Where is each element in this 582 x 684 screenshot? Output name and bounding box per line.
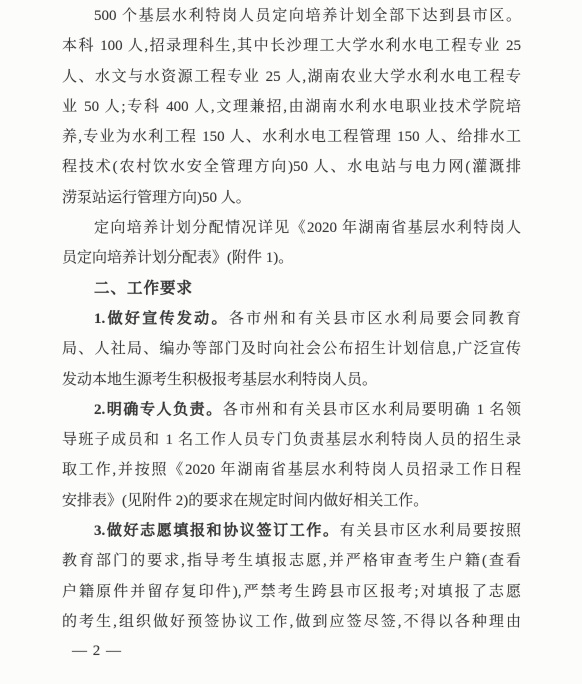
text-line: 业 50 人;专科 400 人,文理兼招,由湖南水利水电职业技术学院培 xyxy=(62,92,521,122)
text-segment: 人、水文与水资源工程专业 25 人,湖南农业大学水利水电工程专 xyxy=(62,69,521,85)
text-line: 发动本地生源考生积极报考基层水利特岗人员。 xyxy=(62,365,521,395)
text-segment: 1.做好宣传发动。 xyxy=(94,311,229,327)
text-line: 教育部门的要求,指导考生填报志愿,并严格审查考生户籍(查看 xyxy=(62,546,521,576)
text-segment: 二、工作要求 xyxy=(94,280,193,297)
text-line: 的考生,组织做好预签协议工作,做到应签尽签,不得以各种理由 xyxy=(62,607,521,637)
text-segment: 发动本地生源考生积极报考基层水利特岗人员。 xyxy=(62,372,377,388)
text-line: 3.做好志愿填报和协议签订工作。有关县市区水利局要按照 xyxy=(62,516,521,546)
text-segment: 户籍原件并留存复印件),严禁考生跨县市区报考;对填报了志愿 xyxy=(62,584,521,600)
text-line: 人、水文与水资源工程专业 25 人,湖南农业大学水利水电工程专 xyxy=(62,62,521,92)
text-line: 员定向培养计划分配表》(附件 1)。 xyxy=(62,243,521,273)
text-segment: 局、人社局、编办等部门及时向社会公布招生计划信息,广泛宣传 xyxy=(62,341,521,357)
text-line: 导班子成员和 1 名工作人员专门负责基层水利特岗人员的招生录 xyxy=(62,425,521,455)
text-line: 涝泵站运行管理方向)50 人。 xyxy=(62,183,521,213)
text-segment: 3.做好志愿填报和协议签订工作。 xyxy=(94,523,340,539)
text-segment: 2.明确专人负责。 xyxy=(94,402,223,418)
text-line: 安排表》(见附件 2)的要求在规定时间内做好相关工作。 xyxy=(62,486,521,516)
text-segment: 各市州和有关县市区水利局要明确 1 名领 xyxy=(223,402,521,418)
text-line: 局、人社局、编办等部门及时向社会公布招生计划信息,广泛宣传 xyxy=(62,334,521,364)
text-segment: 教育部门的要求,指导考生填报志愿,并严格审查考生户籍(查看 xyxy=(62,553,521,569)
text-segment: 员定向培养计划分配表》(附件 1)。 xyxy=(62,250,293,266)
document-body: 500 个基层水利特岗人员定向培养计划全部下达到县市区。本科 100 人,招录理… xyxy=(62,1,521,637)
text-line: 程技术(农村饮水安全管理方向)50 人、水电站与电力网(灌溉排 xyxy=(62,152,521,182)
text-segment: 有关县市区水利局要按照 xyxy=(340,523,521,539)
text-segment: 各市州和有关县市区水利局要会同教育 xyxy=(229,311,521,327)
text-segment: 涝泵站运行管理方向)50 人。 xyxy=(62,190,251,206)
text-segment: 取工作,并按照《2020 年湖南省基层水利特岗人员招录工作日程 xyxy=(62,462,521,478)
text-line: 500 个基层水利特岗人员定向培养计划全部下达到县市区。 xyxy=(62,1,521,31)
text-line: 户籍原件并留存复印件),严禁考生跨县市区报考;对填报了志愿 xyxy=(62,577,521,607)
text-line: 定向培养计划分配情况详见《2020 年湖南省基层水利特岗人 xyxy=(62,213,521,243)
text-segment: 的考生,组织做好预签协议工作,做到应签尽签,不得以各种理由 xyxy=(62,614,521,630)
text-line: 养,专业为水利工程 150 人、水利水电工程管理 150 人、给排水工 xyxy=(62,122,521,152)
text-line: 2.明确专人负责。各市州和有关县市区水利局要明确 1 名领 xyxy=(62,395,521,425)
text-segment: 本科 100 人,招录理科生,其中长沙理工大学水利水电工程专业 25 xyxy=(62,38,521,54)
text-segment: 安排表》(见附件 2)的要求在规定时间内做好相关工作。 xyxy=(62,493,428,509)
text-line: 1.做好宣传发动。各市州和有关县市区水利局要会同教育 xyxy=(62,304,521,334)
text-segment: 定向培养计划分配情况详见《2020 年湖南省基层水利特岗人 xyxy=(94,220,521,236)
text-line: 取工作,并按照《2020 年湖南省基层水利特岗人员招录工作日程 xyxy=(62,455,521,485)
text-segment: 养,专业为水利工程 150 人、水利水电工程管理 150 人、给排水工 xyxy=(62,129,521,145)
text-segment: 业 50 人;专科 400 人,文理兼招,由湖南水利水电职业技术学院培 xyxy=(62,99,521,115)
text-segment: 程技术(农村饮水安全管理方向)50 人、水电站与电力网(灌溉排 xyxy=(62,159,521,175)
page-number: — 2 — xyxy=(72,643,122,660)
text-segment: 导班子成员和 1 名工作人员专门负责基层水利特岗人员的招生录 xyxy=(62,432,521,448)
text-segment: 500 个基层水利特岗人员定向培养计划全部下达到县市区。 xyxy=(94,8,521,24)
text-line: 本科 100 人,招录理科生,其中长沙理工大学水利水电工程专业 25 xyxy=(62,31,521,61)
document-page: 500 个基层水利特岗人员定向培养计划全部下达到县市区。本科 100 人,招录理… xyxy=(0,0,582,684)
text-line: 二、工作要求 xyxy=(62,274,521,304)
